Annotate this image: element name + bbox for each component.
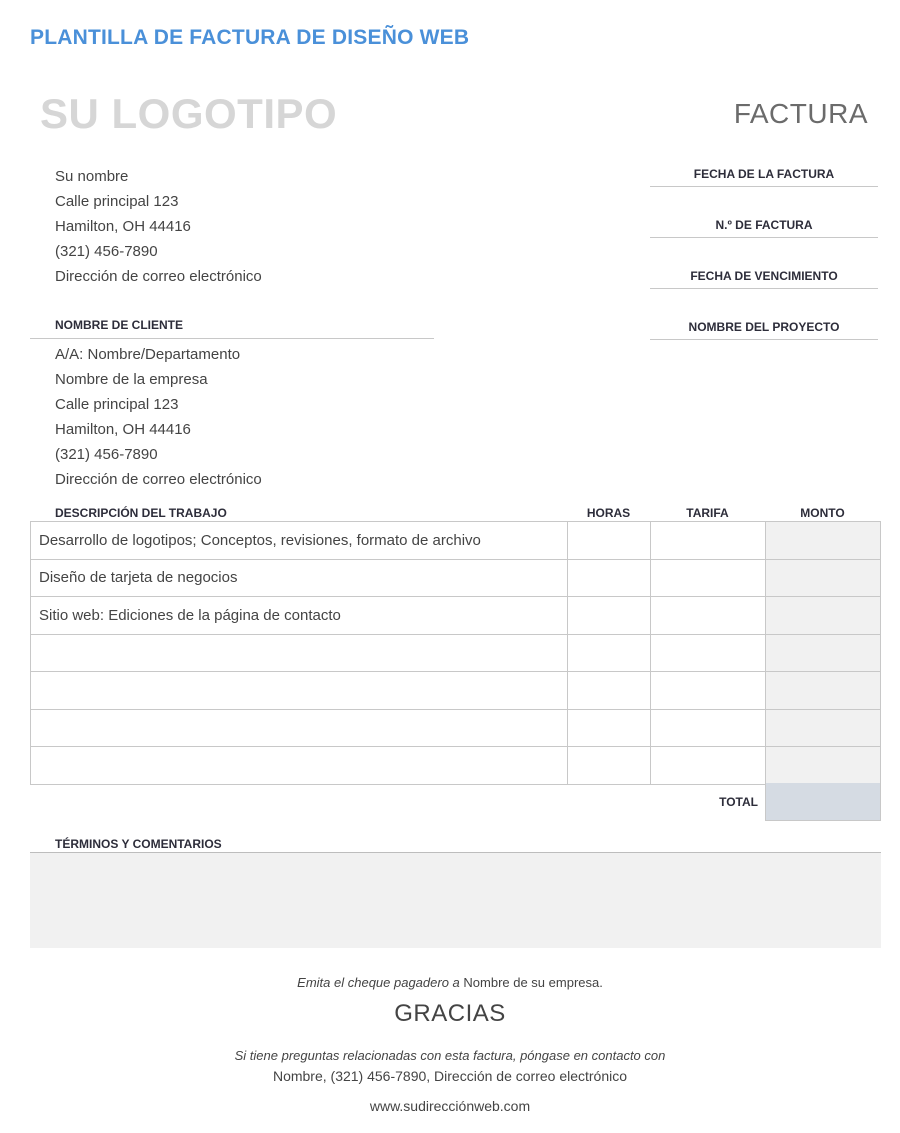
table-row [31,747,881,785]
project-name-field[interactable]: NOMBRE DEL PROYECTO [650,316,878,340]
description-cell[interactable]: Diseño de tarjeta de negocios [31,559,568,597]
client-name-label: NOMBRE DE CLIENTE [55,318,183,332]
client-city[interactable]: Hamilton, OH 44416 [55,417,262,442]
column-header-hours: HORAS [567,506,650,520]
hours-cell[interactable] [568,634,651,672]
rate-cell[interactable] [651,559,766,597]
rate-cell[interactable] [651,709,766,747]
description-cell[interactable] [31,709,568,747]
column-header-description: DESCRIPCIÓN DEL TRABAJO [55,506,227,520]
check-payable-company[interactable]: Nombre de su empresa. [463,975,602,990]
invoice-number-label: N.º DE FACTURA [715,218,812,232]
table-row [31,709,881,747]
client-address-block: A/A: Nombre/Departamento Nombre de la em… [55,342,262,492]
amount-cell[interactable] [766,747,881,785]
table-row: Sitio web: Ediciones de la página de con… [31,597,881,635]
thank-you-text: GRACIAS [0,1000,900,1028]
client-attention[interactable]: A/A: Nombre/Departamento [55,342,262,367]
column-header-rate: TARIFA [650,506,765,520]
table-row [31,634,881,672]
contact-info[interactable]: Nombre, (321) 456-7890, Dirección de cor… [0,1068,900,1084]
due-date-label: FECHA DE VENCIMIENTO [690,269,837,283]
sender-email[interactable]: Dirección de correo electrónico [55,264,262,289]
sender-city[interactable]: Hamilton, OH 44416 [55,214,262,239]
check-payable-note: Emita el cheque pagadero a Nombre de su … [0,975,900,990]
invoice-date-field[interactable]: FECHA DE LA FACTURA [650,163,878,187]
project-name-label: NOMBRE DEL PROYECTO [689,320,840,334]
description-cell[interactable]: Desarrollo de logotipos; Conceptos, revi… [31,522,568,560]
amount-cell[interactable] [766,634,881,672]
amount-cell[interactable] [766,522,881,560]
client-divider [30,338,434,339]
rate-cell[interactable] [651,597,766,635]
hours-cell[interactable] [568,709,651,747]
amount-cell[interactable] [766,709,881,747]
client-email[interactable]: Dirección de correo electrónico [55,467,262,492]
amount-cell[interactable] [766,672,881,710]
sender-address-block: Su nombre Calle principal 123 Hamilton, … [55,164,262,289]
total-value-cell[interactable] [765,783,881,821]
rate-cell[interactable] [651,672,766,710]
check-payable-prefix: Emita el cheque pagadero a [297,975,463,990]
hours-cell[interactable] [568,597,651,635]
description-cell[interactable]: Sitio web: Ediciones de la página de con… [31,597,568,635]
rate-cell[interactable] [651,634,766,672]
amount-cell[interactable] [766,559,881,597]
line-items-table: Desarrollo de logotipos; Conceptos, revi… [30,521,881,785]
sender-street[interactable]: Calle principal 123 [55,189,262,214]
due-date-field[interactable]: FECHA DE VENCIMIENTO [650,265,878,289]
description-cell[interactable] [31,672,568,710]
questions-note: Si tiene preguntas relacionadas con esta… [0,1048,900,1063]
rate-cell[interactable] [651,747,766,785]
client-street[interactable]: Calle principal 123 [55,392,262,417]
table-row [31,672,881,710]
invoice-heading: FACTURA [734,98,868,130]
description-cell[interactable] [31,634,568,672]
logo-placeholder[interactable]: SU LOGOTIPO [40,90,337,138]
document-title: PLANTILLA DE FACTURA DE DISEÑO WEB [30,26,469,50]
sender-phone[interactable]: (321) 456-7890 [55,239,262,264]
hours-cell[interactable] [568,672,651,710]
total-label: TOTAL [650,784,758,821]
client-company[interactable]: Nombre de la empresa [55,367,262,392]
hours-cell[interactable] [568,559,651,597]
sender-name[interactable]: Su nombre [55,164,262,189]
description-cell[interactable] [31,747,568,785]
terms-comments-field[interactable] [30,852,881,948]
hours-cell[interactable] [568,747,651,785]
website-link[interactable]: www.sudirecciónweb.com [0,1098,900,1114]
table-row: Diseño de tarjeta de negocios [31,559,881,597]
terms-label: TÉRMINOS Y COMENTARIOS [55,837,222,851]
hours-cell[interactable] [568,522,651,560]
amount-cell[interactable] [766,597,881,635]
table-row: Desarrollo de logotipos; Conceptos, revi… [31,522,881,560]
invoice-date-label: FECHA DE LA FACTURA [694,167,834,181]
column-header-amount: MONTO [765,506,880,520]
rate-cell[interactable] [651,522,766,560]
client-phone[interactable]: (321) 456-7890 [55,442,262,467]
invoice-number-field[interactable]: N.º DE FACTURA [650,214,878,238]
